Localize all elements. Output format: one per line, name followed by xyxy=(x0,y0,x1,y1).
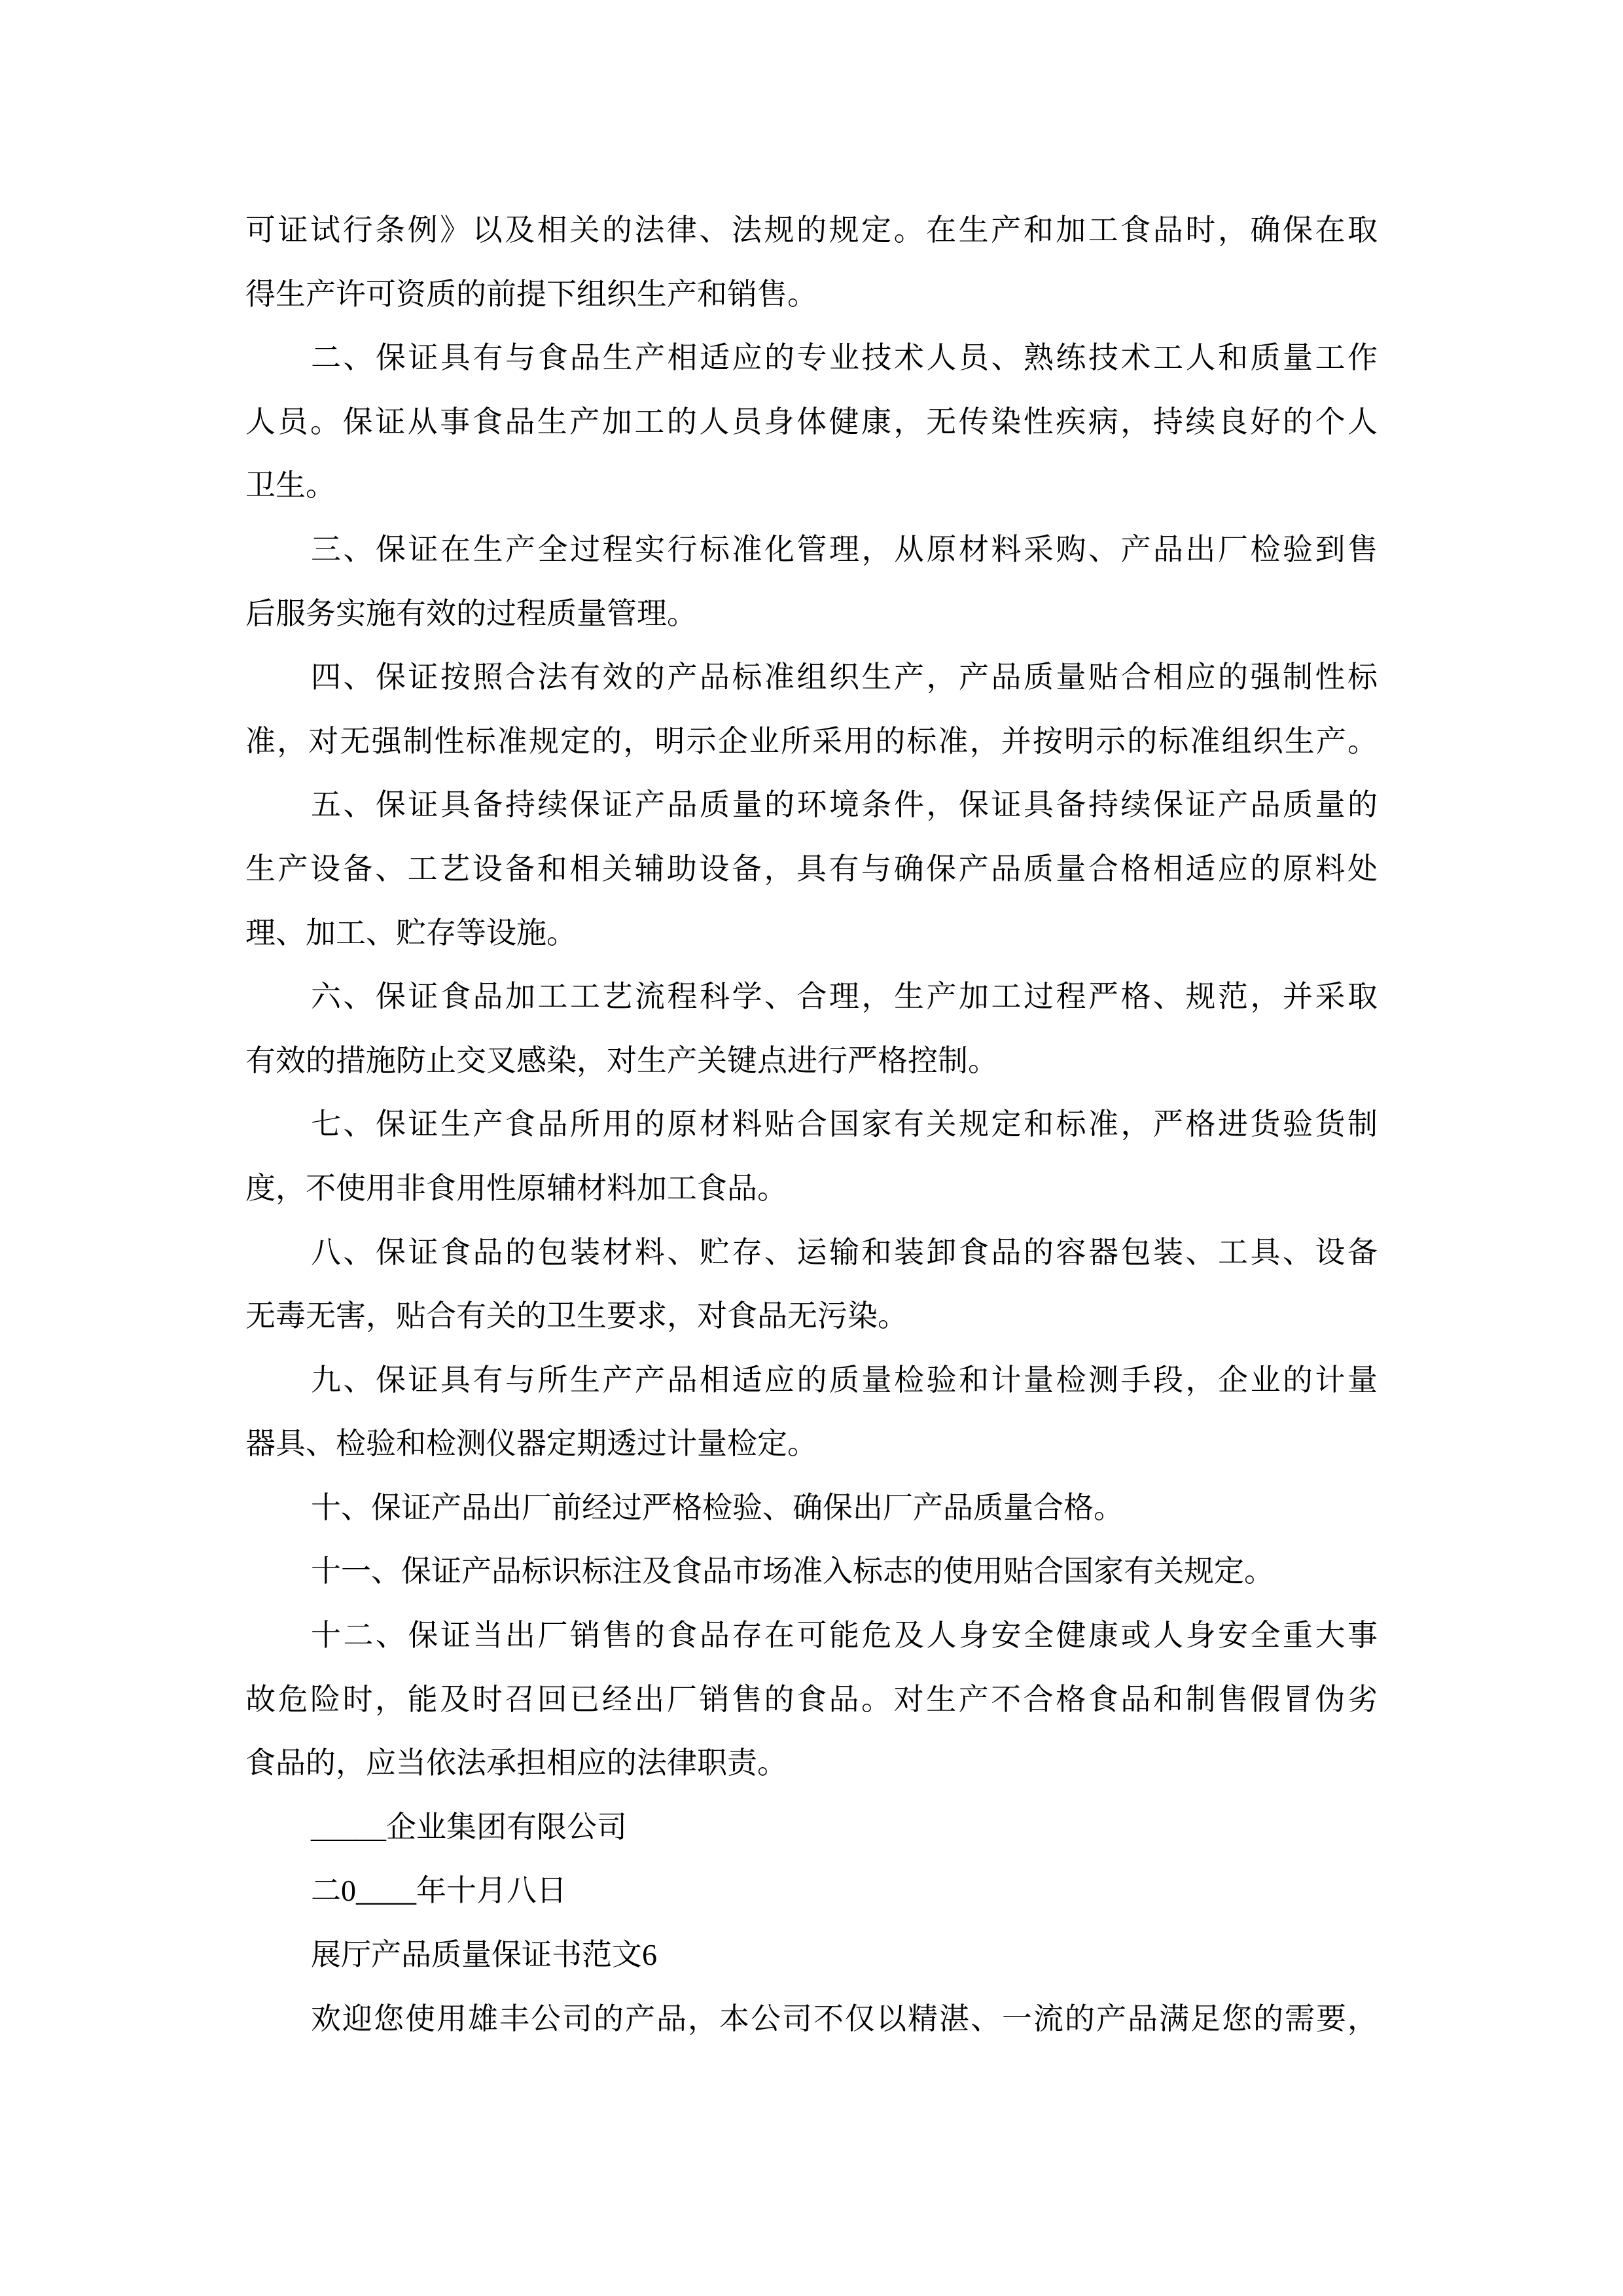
document-line: 十、保证产品出厂前经过严格检验、确保出厂产品质量合格。 xyxy=(245,1476,1378,1540)
document-line: 准，对无强制性标准规定的，明示企业所采用的标准，并按明示的标准组织生产。 xyxy=(245,709,1378,774)
document-line: 度，不使用非食用性原辅材料加工食品。 xyxy=(245,1157,1378,1221)
document-line: 四、保证按照合法有效的产品标准组织生产，产品质量贴合相应的强制性标 xyxy=(245,645,1378,709)
document-line: 十一、保证产品标识标注及食品市场准入标志的使用贴合国家有关规定。 xyxy=(245,1539,1378,1604)
document-line: 二、保证具有与食品生产相适应的专业技术人员、熟练技术工人和质量工作 xyxy=(245,326,1378,390)
document-line: 得生产许可资质的前提下组织生产和销售。 xyxy=(245,262,1378,327)
document-line: 欢迎您使用雄丰公司的产品，本公司不仅以精湛、一流的产品满足您的需要， xyxy=(245,1987,1378,2051)
document-line: 器具、检验和检测仪器定期透过计量检定。 xyxy=(245,1412,1378,1476)
document-line: 七、保证生产食品所用的原材料贴合国家有关规定和标准，严格进货验货制 xyxy=(245,1092,1378,1157)
document-line: 展厅产品质量保证书范文6 xyxy=(245,1923,1378,1987)
document-line: 有效的措施防止交叉感染，对生产关键点进行严格控制。 xyxy=(245,1029,1378,1093)
document-page: 可证试行条例》以及相关的法律、法规的规定。在生产和加工食品时，确保在取得生产许可… xyxy=(0,0,1623,2296)
document-line: 无毒无害，贴合有关的卫生要求，对食品无污染。 xyxy=(245,1284,1378,1348)
document-body: 可证试行条例》以及相关的法律、法规的规定。在生产和加工食品时，确保在取得生产许可… xyxy=(245,198,1378,2051)
document-line: 八、保证食品的包装材料、贮存、运输和装卸食品的容器包装、工具、设备 xyxy=(245,1221,1378,1285)
document-line: 六、保证食品加工工艺流程科学、合理，生产加工过程严格、规范，并采取 xyxy=(245,965,1378,1029)
document-line: 故危险时，能及时召回已经出厂销售的食品。对生产不合格食品和制售假冒伪劣 xyxy=(245,1668,1378,1732)
document-line: _____企业集团有限公司 xyxy=(245,1795,1378,1859)
document-line: 三、保证在生产全过程实行标准化管理，从原材料采购、产品出厂检验到售 xyxy=(245,518,1378,582)
document-line: 十二、保证当出厂销售的食品存在可能危及人身安全健康或人身安全重大事 xyxy=(245,1604,1378,1668)
document-line: 食品的，应当依法承担相应的法律职责。 xyxy=(245,1731,1378,1795)
document-line: 生产设备、工艺设备和相关辅助设备，具有与确保产品质量合格相适应的原料处 xyxy=(245,837,1378,901)
document-line: 卫生。 xyxy=(245,454,1378,518)
document-line: 二0____年十月八日 xyxy=(245,1859,1378,1923)
document-line: 人员。保证从事食品生产加工的人员身体健康，无传染性疾病，持续良好的个人 xyxy=(245,390,1378,454)
document-line: 可证试行条例》以及相关的法律、法规的规定。在生产和加工食品时，确保在取 xyxy=(245,198,1378,262)
document-line: 九、保证具有与所生产产品相适应的质量检验和计量检测手段，企业的计量 xyxy=(245,1348,1378,1412)
document-line: 后服务实施有效的过程质量管理。 xyxy=(245,582,1378,646)
document-line: 理、加工、贮存等设施。 xyxy=(245,901,1378,965)
document-line: 五、保证具备持续保证产品质量的环境条件，保证具备持续保证产品质量的 xyxy=(245,773,1378,837)
